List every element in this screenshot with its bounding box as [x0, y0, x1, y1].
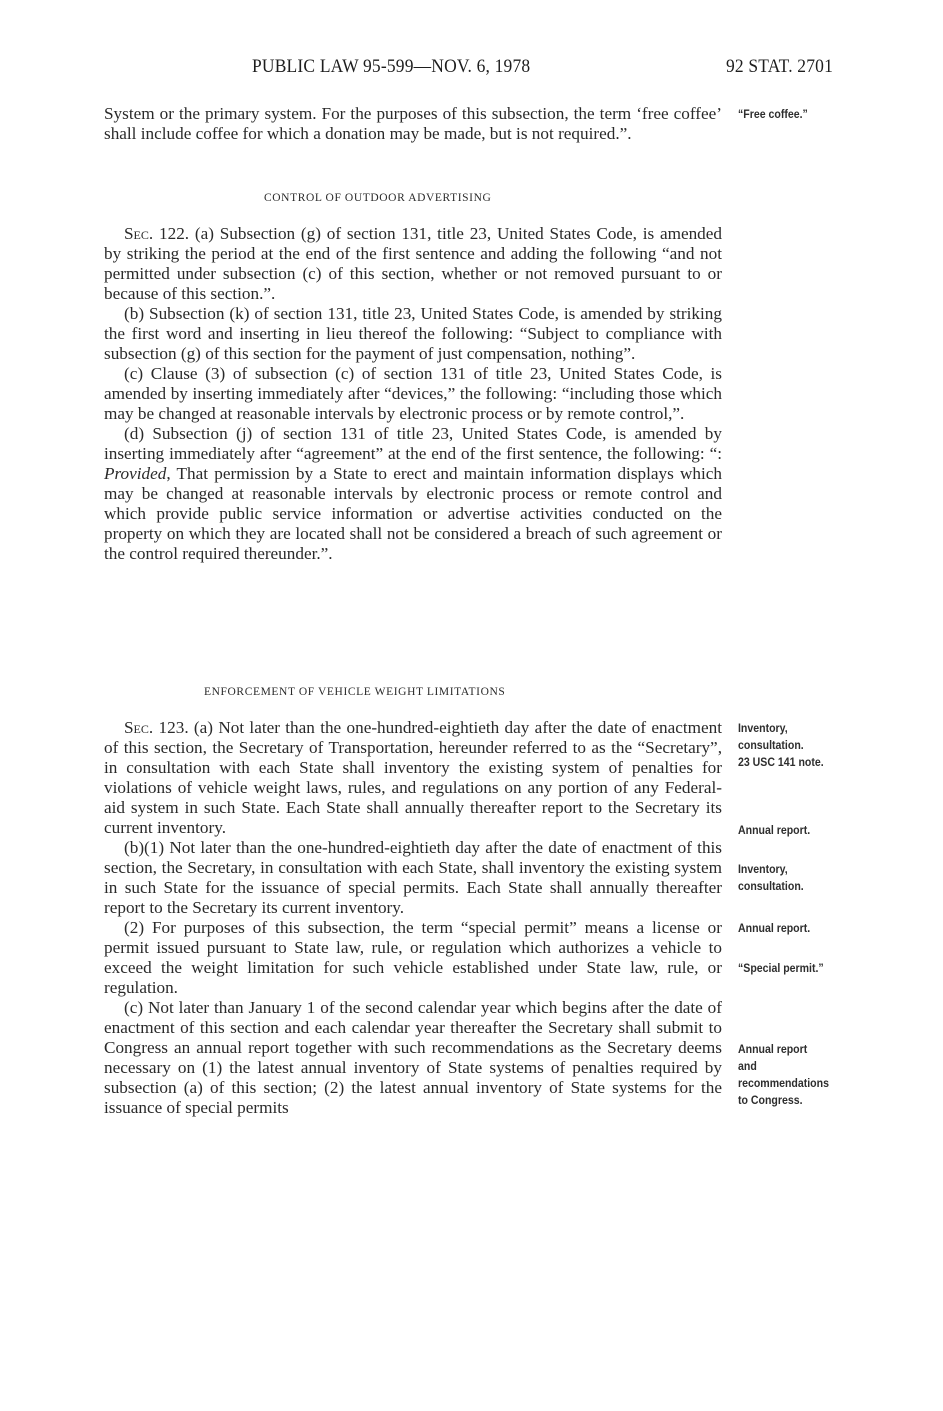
- margin-note-special-permit: “Special permit.”: [738, 960, 824, 977]
- margin-note-annual-report-recommendations: Annual report and recommendations to Con…: [738, 1041, 829, 1109]
- sec-123-paragraph-a: Sec. 123. (a) Not later than the one-hun…: [104, 718, 722, 838]
- sec-label: Sec.: [124, 718, 153, 737]
- section-heading-vehicle-weight: ENFORCEMENT OF VEHICLE WEIGHT LIMITATION…: [0, 686, 943, 698]
- margin-note-annual-report-2: Annual report.: [738, 920, 810, 937]
- section-122-body: Sec. 122. (a) Subsection (g) of section …: [104, 224, 722, 564]
- margin-note-free-coffee: “Free coffee.”: [738, 106, 808, 123]
- section-123-body: Sec. 123. (a) Not later than the one-hun…: [104, 718, 722, 1118]
- margin-note-annual-report-1: Annual report.: [738, 822, 810, 839]
- sec-122-paragraph-c: (c) Clause (3) of subsection (c) of sect…: [104, 364, 722, 424]
- running-head: PUBLIC LAW 95-599—NOV. 6, 1978 92 STAT. …: [0, 56, 943, 80]
- provided-italic: Provided: [104, 464, 166, 483]
- section-heading-outdoor-advertising: CONTROL OF OUTDOOR ADVERTISING: [0, 192, 943, 204]
- statute-page-number: 92 STAT. 2701: [726, 56, 833, 78]
- sec-123-paragraph-b1: (b)(1) Not later than the one-hundred-ei…: [104, 838, 722, 918]
- continuation-paragraph: System or the primary system. For the pu…: [104, 104, 722, 144]
- sec-123-paragraph-c: (c) Not later than January 1 of the seco…: [104, 998, 722, 1118]
- continuation-block: System or the primary system. For the pu…: [104, 104, 722, 144]
- sec-122-paragraph-a: Sec. 122. (a) Subsection (g) of section …: [104, 224, 722, 304]
- margin-note-inventory-consultation: Inventory, consultation. 23 USC 141 note…: [738, 720, 824, 771]
- document-page: PUBLIC LAW 95-599—NOV. 6, 1978 92 STAT. …: [0, 0, 943, 1411]
- sec-122-paragraph-b: (b) Subsection (k) of section 131, title…: [104, 304, 722, 364]
- sec-123-paragraph-b2: (2) For purposes of this subsection, the…: [104, 918, 722, 998]
- sec-122-paragraph-d: (d) Subsection (j) of section 131 of tit…: [104, 424, 722, 564]
- public-law-title: PUBLIC LAW 95-599—NOV. 6, 1978: [252, 56, 530, 78]
- margin-note-inventory-consultation-2: Inventory, consultation.: [738, 861, 804, 895]
- sec-label: Sec.: [124, 224, 153, 243]
